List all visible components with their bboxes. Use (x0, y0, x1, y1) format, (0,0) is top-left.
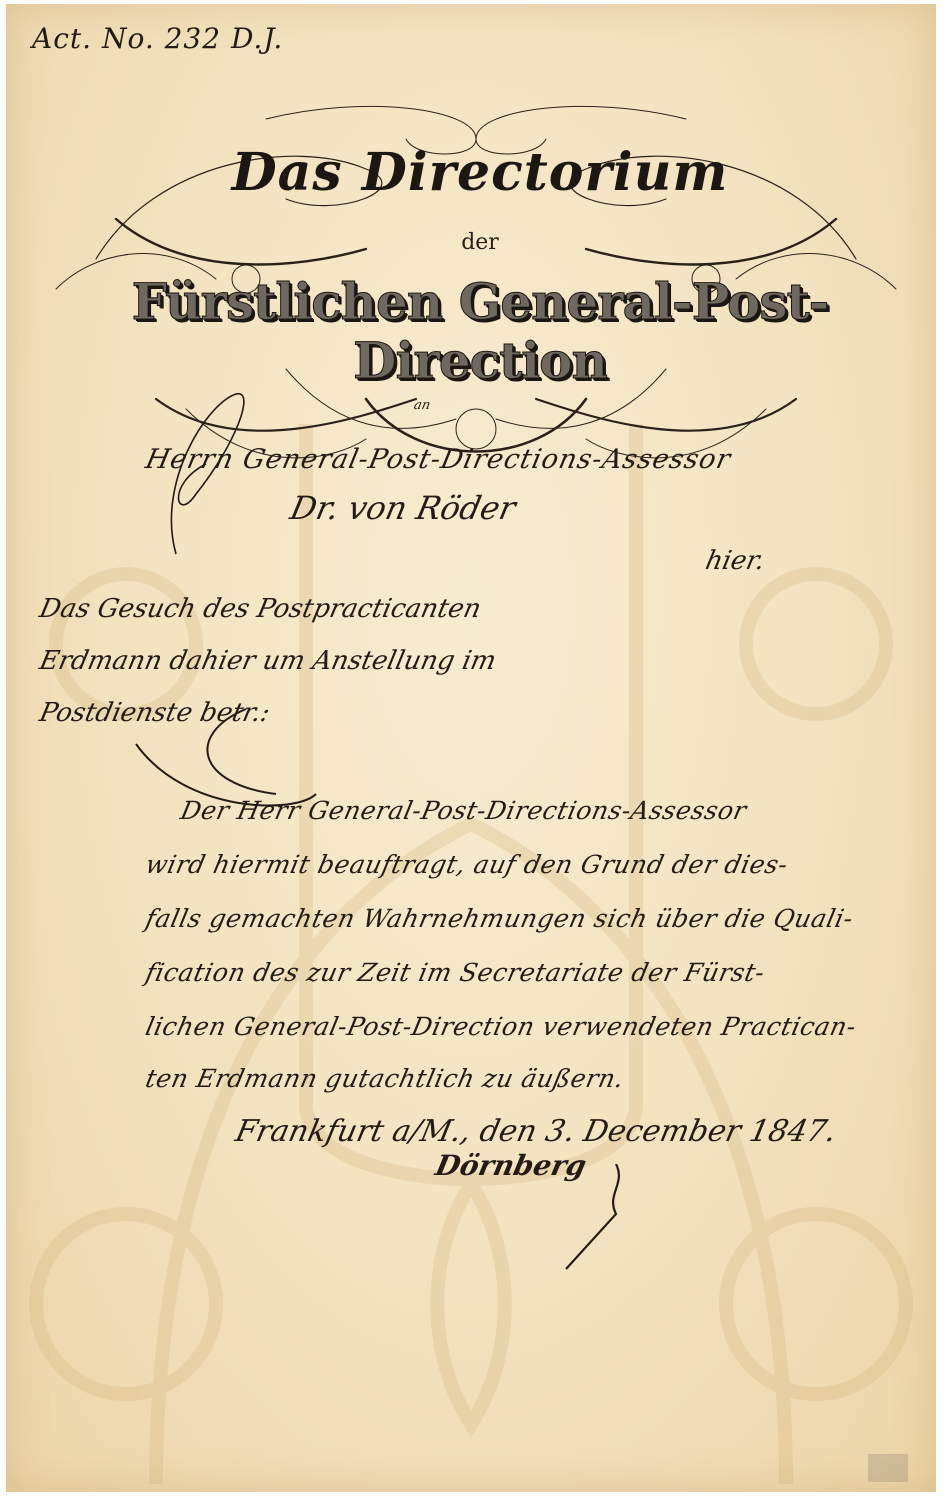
reference-number: Act. No. 232 D.J. (32, 22, 283, 55)
recipient-title: Herrn General-Post-Directions-Assessor (143, 444, 734, 475)
letterhead-institution: Fürstlichen General-Post-Direction (6, 272, 948, 390)
recipient-name: Dr. von Röder (287, 489, 519, 527)
body-line: lichen General-Post-Direction verwendete… (143, 1012, 859, 1041)
address-preposition: an (412, 398, 431, 413)
document-sheet: Act. No. 232 D.J. Das Directorium der Fü… (6, 4, 936, 1492)
subject-line: Das Gesuch des Postpracticanten (37, 594, 484, 624)
body-line: ten Erdmann gutachtlich zu äußern. (143, 1064, 627, 1093)
letterhead-der: der (6, 230, 948, 255)
place-and-date: Frankfurt a/M., den 3. December 1847. (232, 1114, 839, 1149)
body-line: fication des zur Zeit im Secretariate de… (143, 958, 768, 987)
signature-flourish (546, 1164, 666, 1274)
letterhead-title: Das Directorium (6, 142, 948, 203)
body-line: Der Herr General-Post-Directions-Assesso… (178, 796, 749, 825)
body-line: wird hiermit beauftragt, auf den Grund d… (143, 850, 791, 879)
paper-stain (868, 1454, 908, 1482)
subject-line: Erdmann dahier um Anstellung im (37, 646, 499, 676)
recipient-location: hier. (703, 546, 768, 576)
body-line: falls gemachten Wahrnehmungen sich über … (143, 904, 856, 933)
